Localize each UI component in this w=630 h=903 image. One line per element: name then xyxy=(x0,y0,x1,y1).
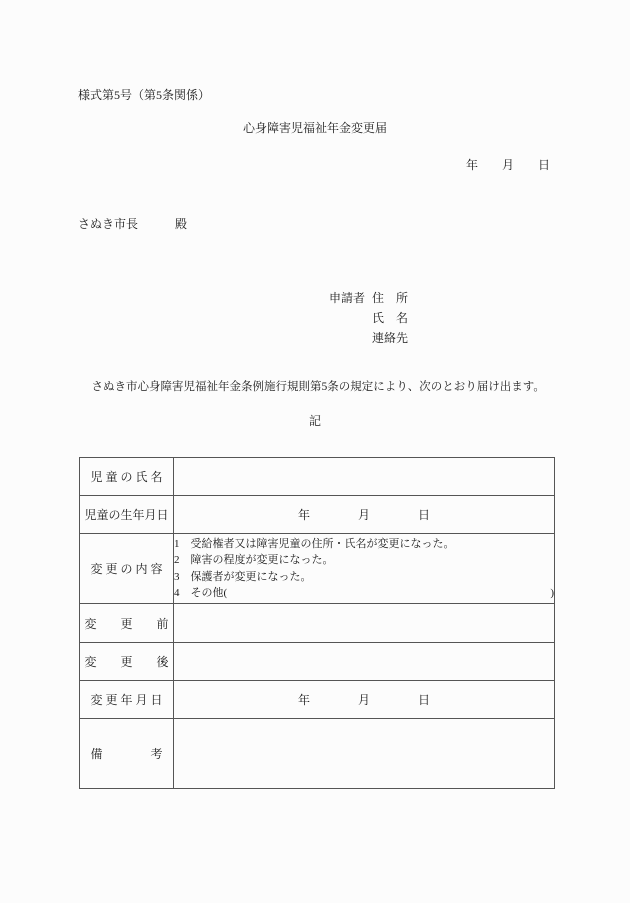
change-date-label: 変 更 年 月 日 xyxy=(80,681,174,719)
table-row-before-change: 変 更 前 xyxy=(80,604,555,643)
addressee-line: さぬき市長殿 xyxy=(78,215,187,232)
table-row-remarks: 備 考 xyxy=(80,719,555,789)
change-notification-table: 児 童 の 氏 名 児童の生年月日 年 月 日 変 更 の 内 容 1 受給権者… xyxy=(79,457,555,789)
child-birthdate-label: 児童の生年月日 xyxy=(80,496,174,534)
before-change-value xyxy=(174,604,555,643)
addressee-honorific: 殿 xyxy=(175,217,187,231)
before-change-label: 変 更 前 xyxy=(80,604,174,643)
document-page: 様式第5号（第5条関係） 心身障害児福祉年金変更届 年 月 日 さぬき市長殿 申… xyxy=(0,0,630,903)
change-content-options: 1 受給権者又は障害児童の住所・氏名が変更になった。 2 障害の程度が変更になっ… xyxy=(174,534,555,604)
applicant-name-label: 氏 名 xyxy=(372,308,408,328)
child-birthdate-value: 年 月 日 xyxy=(174,496,555,534)
child-name-label: 児 童 の 氏 名 xyxy=(80,458,174,496)
form-number: 様式第5号（第5条関係） xyxy=(78,86,210,103)
applicant-fields: 住 所 氏 名 連絡先 xyxy=(372,288,408,348)
change-option-4-close-paren: ) xyxy=(550,585,554,601)
change-option-2: 2 障害の程度が変更になった。 xyxy=(174,552,554,568)
change-option-1: 1 受給権者又は障害児童の住所・氏名が変更になった。 xyxy=(174,536,554,552)
change-content-label: 変 更 の 内 容 xyxy=(80,534,174,604)
applicant-label: 申請者 xyxy=(329,288,365,348)
remarks-value xyxy=(174,719,555,789)
table-row-child-name: 児 童 の 氏 名 xyxy=(80,458,555,496)
change-date-value: 年 月 日 xyxy=(174,681,555,719)
addressee-name: さぬき市長 xyxy=(78,217,138,231)
applicant-contact-label: 連絡先 xyxy=(372,328,408,348)
change-option-4: 4 その他( ) xyxy=(174,585,554,601)
document-title: 心身障害児福祉年金変更届 xyxy=(0,119,630,136)
applicant-block: 申請者 住 所 氏 名 連絡先 xyxy=(329,288,408,348)
date-line: 年 月 日 xyxy=(466,156,550,173)
child-name-value xyxy=(174,458,555,496)
table-row-after-change: 変 更 後 xyxy=(80,643,555,681)
after-change-label: 変 更 後 xyxy=(80,643,174,681)
record-marker: 記 xyxy=(0,412,630,429)
body-paragraph: さぬき市心身障害児福祉年金条例施行規則第5条の規定により、次のとおり届け出ます。 xyxy=(80,379,552,395)
table-row-change-date: 変 更 年 月 日 年 月 日 xyxy=(80,681,555,719)
change-option-3: 3 保護者が変更になった。 xyxy=(174,569,554,585)
table-row-child-birthdate: 児童の生年月日 年 月 日 xyxy=(80,496,555,534)
remarks-label: 備 考 xyxy=(80,719,174,789)
after-change-value xyxy=(174,643,555,681)
table-row-change-content: 変 更 の 内 容 1 受給権者又は障害児童の住所・氏名が変更になった。 2 障… xyxy=(80,534,555,604)
change-option-4-text: 4 その他( xyxy=(174,585,227,601)
applicant-address-label: 住 所 xyxy=(372,288,408,308)
